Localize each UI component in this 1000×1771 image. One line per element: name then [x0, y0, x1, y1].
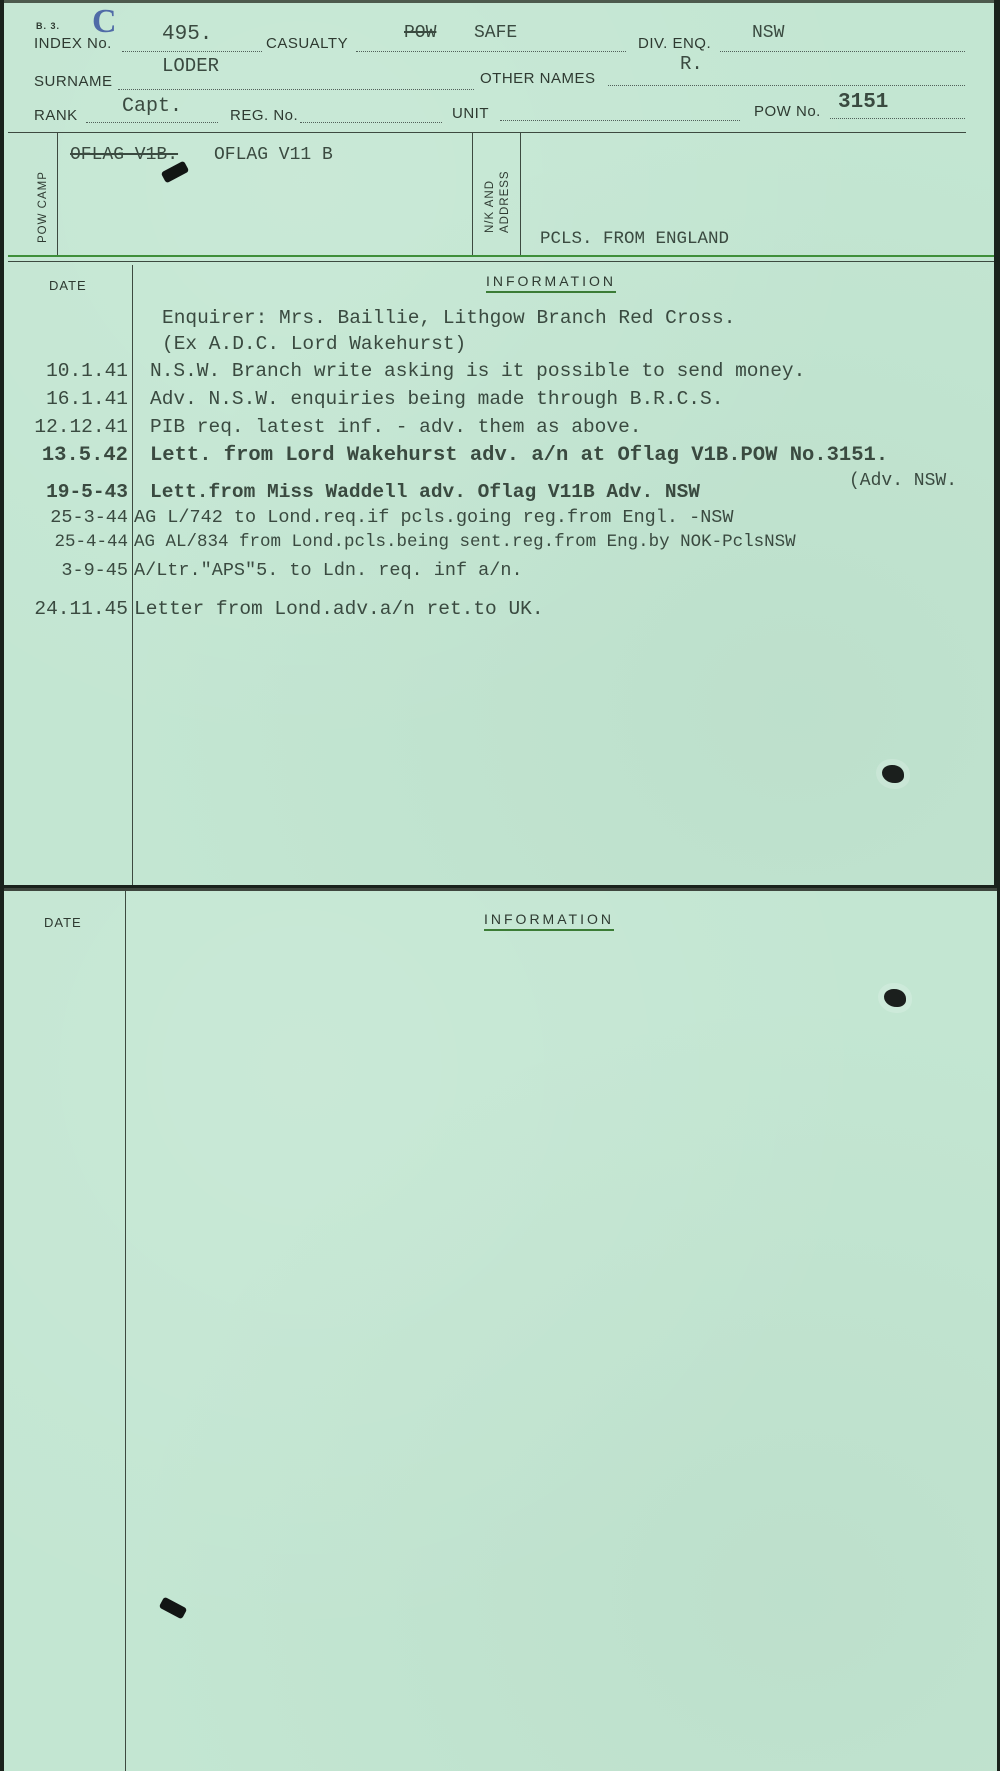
entry-text: PIB req. latest inf. - adv. them as abov… — [150, 416, 641, 438]
div-enq-label: DIV. ENQ. — [638, 35, 711, 52]
enquirer-line-1: Enquirer: Mrs. Baillie, Lithgow Branch R… — [162, 307, 735, 329]
date-header: DATE — [49, 278, 87, 293]
entry-text: Adv. N.S.W. enquiries being made through… — [150, 388, 723, 410]
entry-text: A/Ltr."APS"5. to Ldn. req. inf a/n. — [134, 560, 523, 581]
enquirer-line-2: (Ex A.D.C. Lord Wakehurst) — [162, 333, 466, 355]
date-column-divider-back — [125, 891, 126, 1771]
casualty-struck-value: POW — [404, 23, 436, 43]
nk-right-divider — [520, 133, 521, 257]
entry-date: 25-3-44 — [50, 507, 128, 528]
entry-date: 19-5-43 — [46, 481, 128, 503]
rank-label: RANK — [34, 107, 78, 124]
nk-address-value: PCLS. FROM ENGLAND — [540, 229, 729, 249]
nk-left-divider — [472, 133, 473, 257]
casualty-line — [356, 51, 626, 52]
staple-mark-back — [159, 1597, 188, 1620]
casualty-value: SAFE — [474, 23, 517, 43]
pow-no-label: POW No. — [754, 103, 821, 120]
double-rule-bottom — [8, 261, 994, 262]
surname-line — [118, 89, 474, 90]
rank-line — [86, 122, 218, 123]
index-no-line — [122, 51, 262, 52]
other-names-value: R. — [680, 53, 703, 75]
date-column-divider — [132, 265, 133, 885]
date-header-back: DATE — [44, 915, 82, 930]
rank-value: Capt. — [122, 95, 182, 118]
record-card-back: DATE INFORMATION — [4, 888, 997, 1771]
casualty-label: CASUALTY — [266, 35, 348, 52]
pow-camp-value: OFLAG V11 B — [214, 145, 333, 165]
punch-hole — [882, 765, 904, 783]
index-no-label: INDEX No. — [34, 35, 112, 52]
entry-text: AG AL/834 from Lond.pcls.being sent.reg.… — [134, 532, 796, 552]
pow-no-line — [830, 118, 965, 119]
entry-text: Lett. from Lord Wakehurst adv. a/n at Of… — [150, 444, 888, 467]
entry-date: 24.11.45 — [34, 598, 128, 620]
pow-camp-label: POW CAMP — [37, 171, 49, 243]
surname-value: LODER — [162, 55, 219, 77]
entry-text: AG L/742 to Lond.req.if pcls.going reg.f… — [134, 507, 734, 528]
nk-label-line1: N/K AND — [484, 180, 496, 233]
record-card-front: B. 3. C INDEX No. 495. CASUALTY POW SAFE… — [4, 0, 994, 885]
entry-text: Letter from Lond.adv.a/n ret.to UK. — [134, 598, 544, 620]
reg-no-line — [300, 122, 442, 123]
entry-date: 10.1.41 — [46, 360, 128, 382]
camp-label-divider — [57, 133, 58, 257]
surname-label: SURNAME — [34, 73, 113, 90]
reg-no-label: REG. No. — [230, 107, 298, 124]
pow-camp-struck-value: OFLAG V1B. — [70, 145, 178, 165]
entry-date: 3-9-45 — [61, 560, 128, 581]
nk-label-line2: ADDRESS — [499, 170, 511, 233]
camp-box-top-rule — [8, 132, 966, 133]
punch-hole-back — [884, 989, 906, 1007]
other-names-label: OTHER NAMES — [480, 70, 596, 87]
unit-label: UNIT — [452, 105, 489, 122]
information-header: INFORMATION — [486, 273, 616, 293]
index-no-value: 495. — [162, 23, 212, 46]
entry-date: 25-4-44 — [54, 532, 128, 552]
form-code: B. 3. — [36, 21, 60, 31]
entry-text: Lett.from Miss Waddell adv. Oflag V11B A… — [150, 481, 700, 503]
information-header-back: INFORMATION — [484, 911, 614, 931]
entry-date: 12.12.41 — [34, 416, 128, 438]
entry-date: 16.1.41 — [46, 388, 128, 410]
other-names-line — [608, 85, 965, 86]
div-enq-value: NSW — [752, 23, 784, 43]
entry-text: N.S.W. Branch write asking is it possibl… — [150, 360, 805, 382]
double-rule-top — [8, 255, 994, 257]
entry-note: (Adv. NSW. — [849, 471, 957, 491]
unit-line — [500, 120, 740, 121]
entry-date: 13.5.42 — [42, 444, 128, 467]
pow-no-value: 3151 — [838, 91, 888, 114]
div-enq-line — [720, 51, 965, 52]
